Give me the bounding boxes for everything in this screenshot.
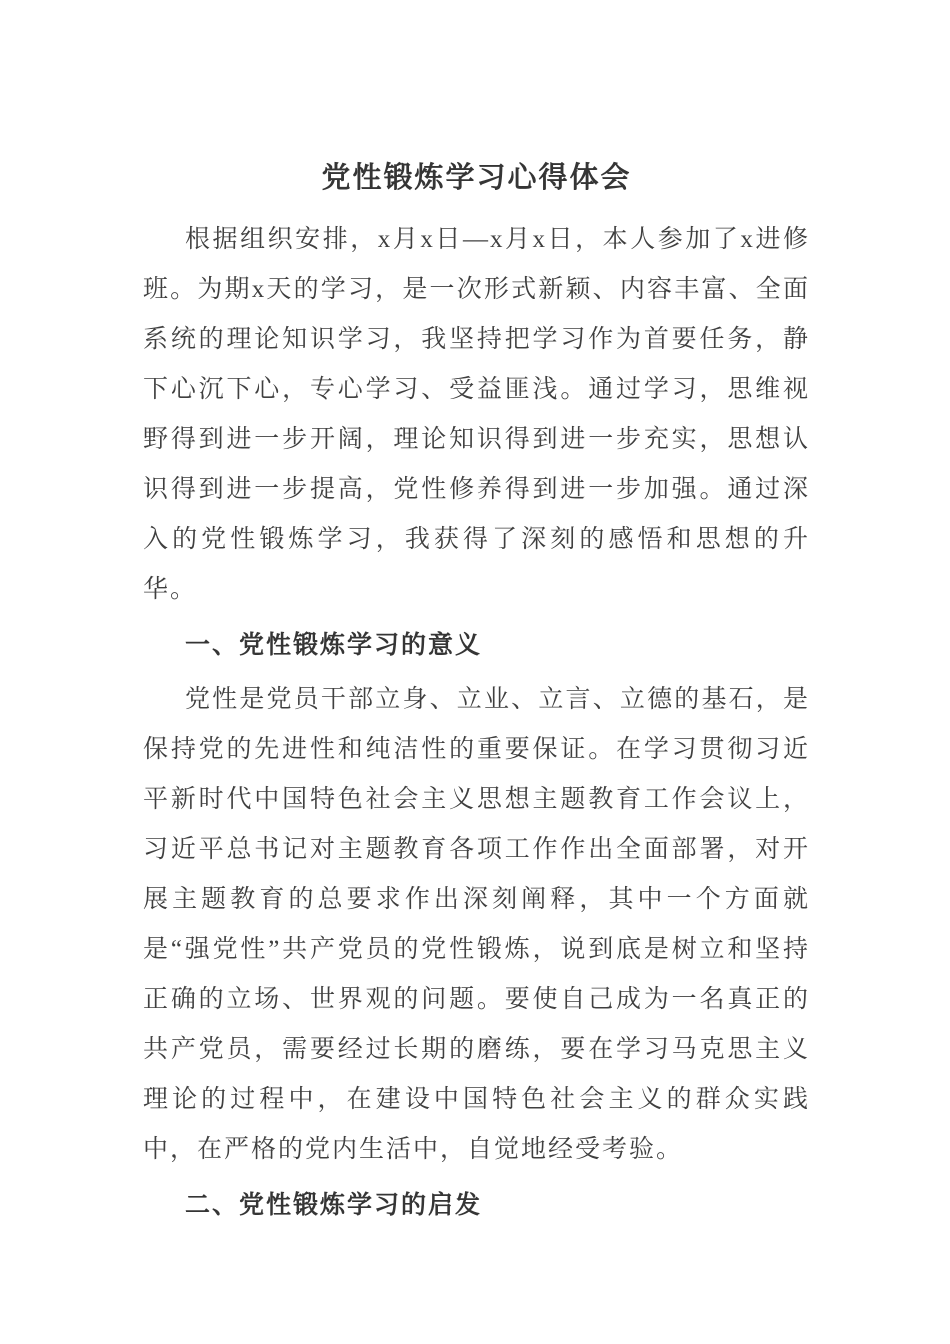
paragraph-intro: 根据组织安排，x月x日—x月x日，本人参加了x进修班。为期x天的学习，是一次形式…: [143, 215, 810, 615]
paragraph-section-1: 党性是党员干部立身、立业、立言、立德的基石，是保持党的先进性和纯洁性的重要保证。…: [143, 675, 810, 1175]
document-title: 党性锻炼学习心得体会: [143, 153, 810, 203]
section-heading-2: 二、党性锻炼学习的启发: [143, 1181, 810, 1231]
section-heading-1: 一、党性锻炼学习的意义: [143, 621, 810, 671]
document-page: 党性锻炼学习心得体会 根据组织安排，x月x日—x月x日，本人参加了x进修班。为期…: [0, 0, 950, 1344]
